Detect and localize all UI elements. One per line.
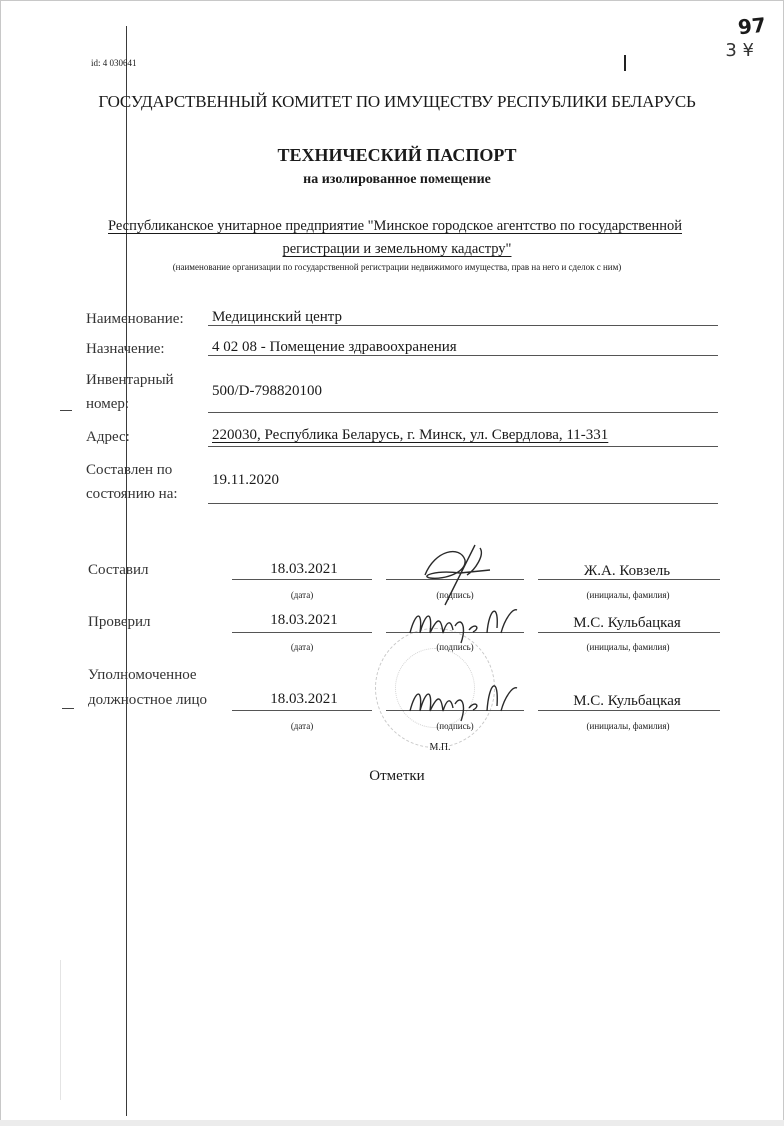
signature-date: 18.03.2021	[236, 561, 372, 578]
field-label-date-line1: Составлен по	[86, 459, 172, 481]
field-value-name: Медицинский центр	[212, 309, 342, 326]
organization-caption: (наименование организации по государстве…	[0, 262, 784, 272]
field-rule	[208, 503, 718, 504]
signature-name: М.С. Кульбацкая	[538, 693, 716, 710]
field-label-name: Наименование:	[86, 308, 184, 330]
signature-role-checked: Проверил	[88, 614, 151, 631]
field-label-purpose: Назначение:	[86, 338, 165, 360]
field-value-inventory: 500/D-798820100	[212, 383, 322, 400]
handwritten-note: 3 ¥	[725, 40, 754, 61]
date-rule	[232, 579, 372, 580]
signature-date: 18.03.2021	[236, 691, 372, 708]
field-value-address: 220030, Республика Беларусь, г. Минск, у…	[212, 427, 608, 444]
name-rule	[538, 632, 720, 633]
field-value-purpose: 4 02 08 - Помещение здравоохранения	[212, 339, 457, 356]
signature-name: Ж.А. Ковзель	[538, 563, 716, 580]
field-rule	[208, 325, 718, 326]
field-rule	[208, 446, 718, 447]
field-rule	[208, 355, 718, 356]
field-label-date-line2: состоянию на:	[86, 483, 178, 505]
committee-name: ГОСУДАРСТВЕННЫЙ КОМИТЕТ ПО ИМУЩЕСТВУ РЕС…	[0, 92, 784, 112]
caption-date: (дата)	[272, 721, 332, 731]
field-label-address: Адрес:	[86, 426, 130, 448]
date-rule	[232, 710, 372, 711]
field-label-inventory-line2: номер:	[86, 393, 129, 415]
organization-name-line2: регистрации и земельному кадастру"	[0, 241, 784, 258]
signature-role-authorized-line1: Уполномоченное	[88, 667, 197, 684]
scan-mark	[62, 708, 74, 709]
handwritten-signature-icon	[405, 676, 525, 736]
marks-heading: Отметки	[0, 768, 784, 785]
scan-shadow	[0, 1120, 784, 1126]
caption-date: (дата)	[272, 642, 332, 652]
name-rule	[538, 579, 720, 580]
field-value-date: 19.11.2020	[212, 472, 279, 489]
caption-date: (дата)	[272, 590, 332, 600]
organization-name-line1: Республиканское унитарное предприятие "М…	[108, 218, 682, 235]
signature-role-compiled: Составил	[88, 562, 149, 579]
name-rule	[538, 710, 720, 711]
caption-name: (инициалы, фамилия)	[568, 590, 688, 600]
signature-date: 18.03.2021	[236, 612, 372, 629]
field-label-inventory-line1: Инвентарный	[86, 369, 174, 391]
handwritten-signature-icon	[405, 598, 525, 658]
signature-name: М.С. Кульбацкая	[538, 615, 716, 632]
seal-label: М.П.	[420, 742, 460, 753]
document-id: id: 4 030641	[91, 58, 137, 68]
handwritten-page-number: 97	[737, 13, 767, 40]
ink-mark	[624, 55, 626, 71]
document-title: ТЕХНИЧЕСКИЙ ПАСПОРТ	[0, 145, 784, 166]
field-rule	[208, 412, 718, 413]
scan-mark	[60, 410, 72, 411]
date-rule	[232, 632, 372, 633]
caption-name: (инициалы, фамилия)	[568, 642, 688, 652]
scan-artifact-line	[60, 960, 61, 1100]
document-subtitle: на изолированное помещение	[0, 172, 784, 188]
signature-role-authorized-line2: должностное лицо	[88, 692, 207, 709]
caption-name: (инициалы, фамилия)	[568, 721, 688, 731]
